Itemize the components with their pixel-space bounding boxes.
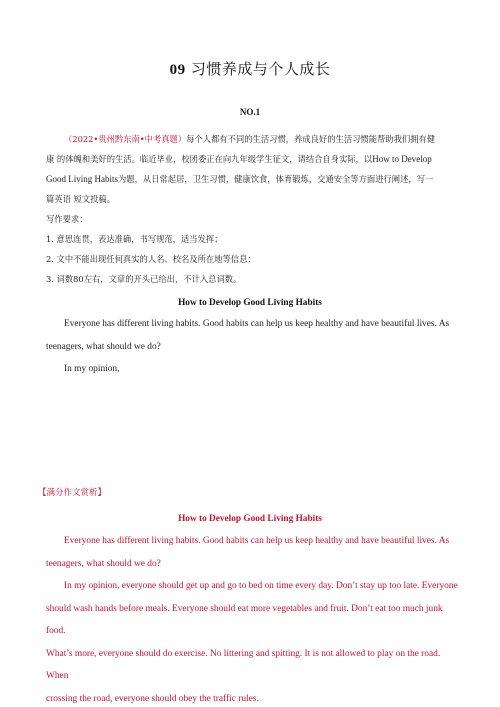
essay-line: teenagers, what should we do? <box>46 336 458 359</box>
requirements-heading: 写作要求： <box>46 209 458 229</box>
requirements: 写作要求： 1. 意思连贯，表达准确，书写规范，适当发挥； 2. 文中不能出现任… <box>46 209 458 289</box>
essay-line: What’s more, everyone should do exercise… <box>46 643 458 688</box>
essay-line: Everyone has different living habits. Go… <box>46 530 458 553</box>
requirement-item: 2. 文中不能出现任何真实的人名、校名及所在地等信息； <box>46 249 458 269</box>
title-number: 09 <box>170 62 186 78</box>
title-text: 习惯养成与个人成长 <box>191 60 331 78</box>
requirement-item: 1. 意思连贯，表达准确，书写规范，适当发挥； <box>46 229 458 249</box>
essay-line: teenagers, what should we do? <box>46 553 458 576</box>
source-tag: （2022•贵州黔东南•中考真题） <box>64 134 186 144</box>
prompt-paragraph: （2022•贵州黔东南•中考真题）每个人都有不同的生活习惯，养成良好的生活习惯能… <box>46 129 458 209</box>
prompt-line-4: 篇英语 短文投稿。 <box>46 189 458 209</box>
prompt-text: 康 的体魄和美好的生活。临近毕业，校团委正在向九年级学生征文，请结合自身实际，以 <box>46 154 372 164</box>
document-page: 09 习惯养成与个人成长 NO.1 （2022•贵州黔东南•中考真题）每个人都有… <box>0 0 500 707</box>
model-essay: Everyone has different living habits. Go… <box>46 530 458 707</box>
essay-line: crossing the road, everyone should obey … <box>46 688 458 707</box>
page-title: 09 习惯养成与个人成长 <box>0 58 500 79</box>
prompt-english: How to Develop <box>372 154 432 164</box>
model-essay-title: How to Develop Good Living Habits <box>0 514 500 524</box>
essay-line: In my opinion, everyone should get up an… <box>46 575 458 598</box>
model-essay-label: 【满分作文赏析】 <box>38 486 106 498</box>
prompt-text: 为题，从日常起居，卫生习惯，健康饮食，体育锻炼，交通安全等方面进行阐述，写一 <box>118 174 433 184</box>
prompt-english: Good Living Habits <box>46 174 118 184</box>
section-number: NO.1 <box>0 107 500 117</box>
prompt-line-1: （2022•贵州黔东南•中考真题）每个人都有不同的生活习惯，养成良好的生活习惯能… <box>46 129 458 149</box>
prompt-text: 每个人都有不同的生活习惯，养成良好的生活习惯能帮助我们拥有健 <box>186 134 435 144</box>
essay-line: In my opinion, <box>46 358 458 381</box>
essay-line: Everyone has different living habits. Go… <box>46 313 458 336</box>
prompt-line-3: Good Living Habits为题，从日常起居，卫生习惯，健康饮食，体育锻… <box>46 169 458 189</box>
requirement-item: 3. 词数80左右，文章的开头已给出，不计入总词数。 <box>46 269 458 289</box>
prompt-line-2: 康 的体魄和美好的生活。临近毕业，校团委正在向九年级学生征文，请结合自身实际，以… <box>46 149 458 169</box>
starter-essay: Everyone has different living habits. Go… <box>46 313 458 381</box>
essay-line: should wash hands before meals. Everyone… <box>46 598 458 643</box>
starter-essay-title: How to Develop Good Living Habits <box>0 298 500 308</box>
